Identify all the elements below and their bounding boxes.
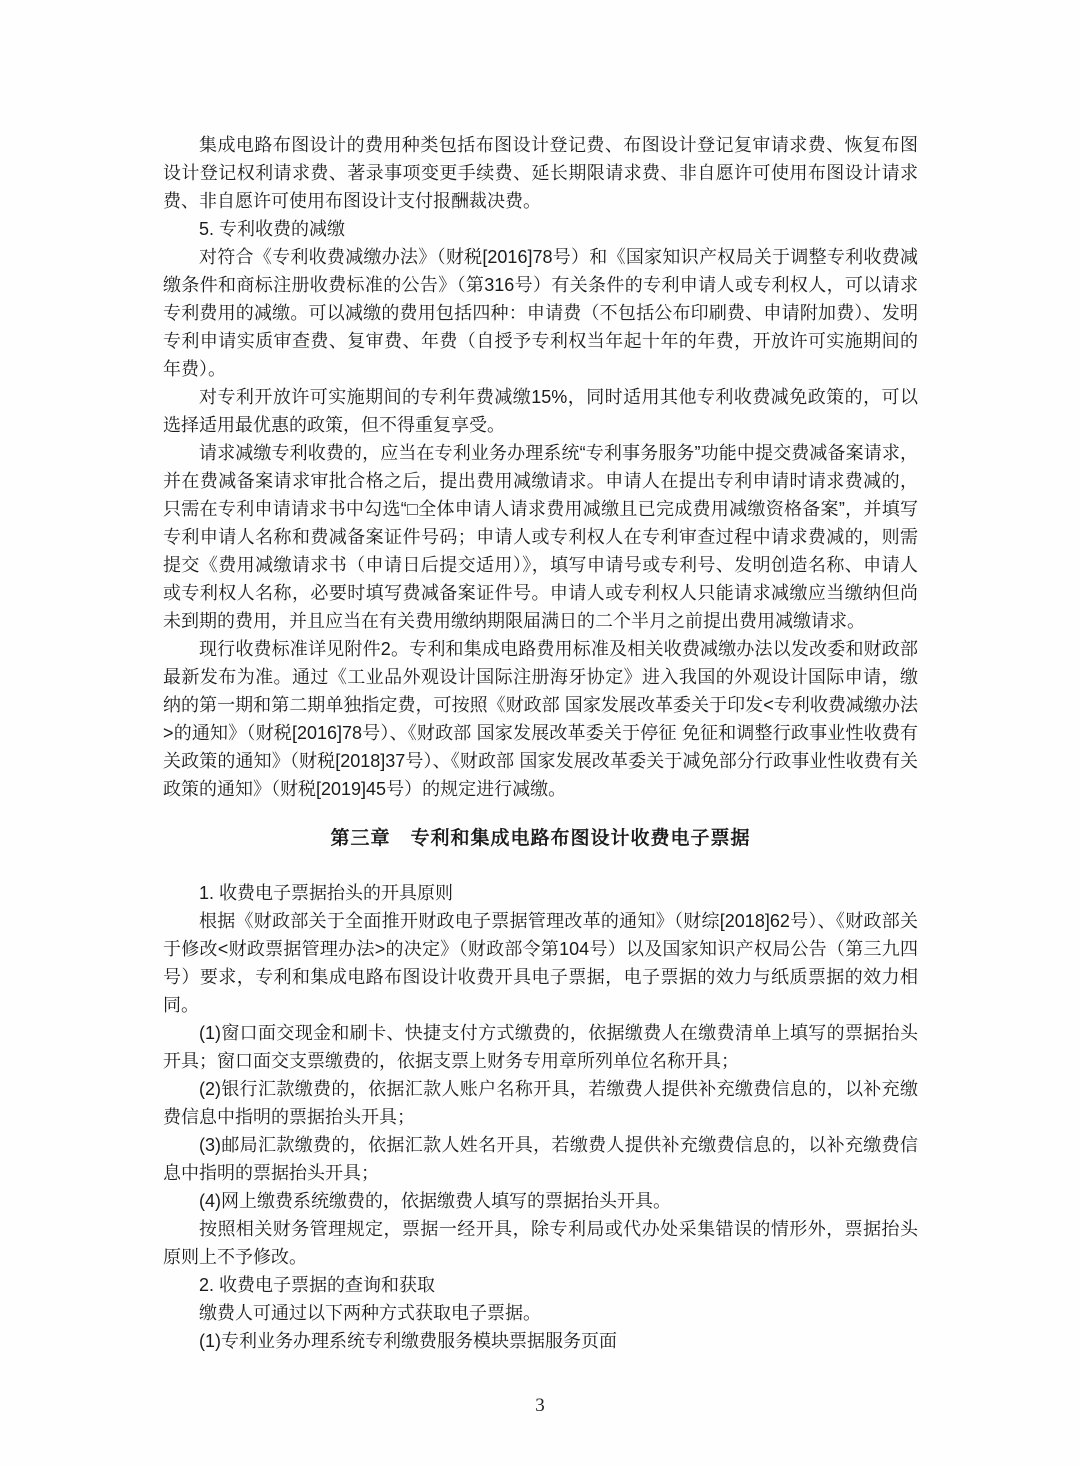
- list-item-4-online-payment: (4)网上缴费系统缴费的，依据缴费人填写的票据抬头开具。: [163, 1187, 918, 1215]
- list-item-1-patent-system-page: (1)专利业务办理系统专利缴费服务模块票据服务页面: [163, 1327, 918, 1355]
- paragraph-two-ways-to-get-invoice: 缴费人可通过以下两种方式获取电子票据。: [163, 1299, 918, 1327]
- paragraph-fee-reduction-procedure: 请求减缴专利收费的，应当在专利业务办理系统“专利事务服务”功能中提交费减备案请求…: [163, 439, 918, 635]
- list-item-3-post-remittance: (3)邮局汇款缴费的，依据汇款人姓名开具，若缴费人提供补充缴费信息的，以补充缴费…: [163, 1131, 918, 1187]
- section-heading-5-fee-reduction: 5. 专利收费的减缴: [163, 215, 918, 243]
- section-heading-1-invoice-title-rules: 1. 收费电子票据抬头的开具原则: [163, 879, 918, 907]
- paragraph-open-license-annual-fee: 对专利开放许可实施期间的专利年费减缴15%，同时适用其他专利收费减免政策的，可以…: [163, 383, 918, 439]
- document-body: 集成电路布图设计的费用种类包括布图设计登记费、布图设计登记复审请求费、恢复布图设…: [163, 131, 918, 1355]
- paragraph-current-fee-standards: 现行收费标准详见附件2。专利和集成电路费用标准及相关收费减缴办法以发改委和财政部…: [163, 635, 918, 803]
- section-heading-2-invoice-query: 2. 收费电子票据的查询和获取: [163, 1271, 918, 1299]
- document-page: 集成电路布图设计的费用种类包括布图设计登记费、布图设计登记复审请求费、恢复布图设…: [0, 0, 1080, 1466]
- paragraph-layout-design-fee-types: 集成电路布图设计的费用种类包括布图设计登记费、布图设计登记复审请求费、恢复布图设…: [163, 131, 918, 215]
- list-item-2-bank-remittance: (2)银行汇款缴费的，依据汇款人账户名称开具，若缴费人提供补充缴费信息的，以补充…: [163, 1075, 918, 1131]
- list-item-1-window-payment: (1)窗口面交现金和刷卡、快捷支付方式缴费的，依据缴费人在缴费清单上填写的票据抬…: [163, 1019, 918, 1075]
- paragraph-e-invoice-basis: 根据《财政部关于全面推开财政电子票据管理改革的通知》（财综[2018]62号）、…: [163, 907, 918, 1019]
- paragraph-invoice-title-no-change: 按照相关财务管理规定，票据一经开具，除专利局或代办处采集错误的情形外，票据抬头原…: [163, 1215, 918, 1271]
- chapter-heading-3: 第三章 专利和集成电路布图设计收费电子票据: [163, 825, 918, 853]
- paragraph-fee-reduction-eligibility: 对符合《专利收费减缴办法》（财税[2016]78号）和《国家知识产权局关于调整专…: [163, 243, 918, 383]
- page-number: 3: [0, 1395, 1080, 1417]
